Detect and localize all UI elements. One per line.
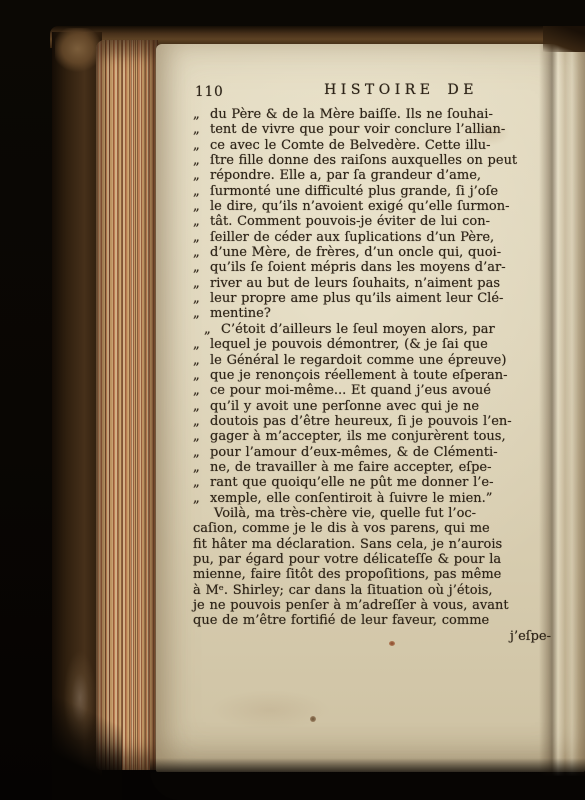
text-line: „xemple, elle conſentiroit à ſuivre le m… bbox=[193, 491, 557, 506]
quotation-mark: „ bbox=[193, 122, 210, 137]
text-line: „river au but de leurs ſouhaits, n’aimen… bbox=[193, 276, 557, 291]
quotation-mark: „ bbox=[204, 322, 221, 337]
line-text: ne, de travailler à me faire accepter, e… bbox=[210, 460, 491, 475]
line-text: ſurmonté une difficulté plus grande, ſi … bbox=[210, 184, 498, 199]
line-text: d’une Mère, de frères, d’un oncle qui, q… bbox=[210, 245, 501, 260]
line-text: tât. Comment pouvois-je éviter de lui co… bbox=[210, 214, 490, 229]
bottom-background-shadow bbox=[150, 758, 585, 800]
text-line: „ſeiller de céder aux ſuplications d’un … bbox=[193, 230, 557, 245]
text-line: „d’une Mère, de frères, d’un oncle qui, … bbox=[193, 245, 557, 260]
text-line: „que je renonçois réellement à toute eſp… bbox=[193, 368, 557, 383]
running-header: 110 HISTOIRE DE bbox=[193, 82, 557, 103]
paper-discoloration bbox=[210, 690, 330, 730]
line-text: ſeiller de céder aux ſuplications d’un P… bbox=[210, 230, 494, 245]
line-text: lequel je pouvois démontrer, (& je ſai q… bbox=[210, 337, 488, 352]
text-line: mienne, faire ſitôt des propoſitions, pa… bbox=[193, 567, 557, 582]
quotation-mark: „ bbox=[193, 260, 210, 275]
line-text: leur propre ame plus qu’ils aiment leur … bbox=[210, 291, 503, 306]
quotation-mark: „ bbox=[193, 460, 210, 475]
line-text: ce avec le Comte de Belvedère. Cette ill… bbox=[210, 138, 491, 153]
quotation-mark: „ bbox=[193, 230, 210, 245]
text-line: „ce pour moi-même... Et quand j’eus avou… bbox=[193, 383, 557, 398]
running-title: HISTOIRE DE bbox=[193, 82, 557, 98]
text-line: je ne pouvois penſer à m’adreſſer à vous… bbox=[193, 598, 557, 613]
line-text: le Général le regardoit comme une épreuv… bbox=[210, 353, 506, 368]
quotation-mark: „ bbox=[193, 245, 210, 260]
line-text: ſtre fille donne des raiſons auxquelles … bbox=[210, 153, 517, 168]
text-line: caſion, comme je le dis à vos parens, qu… bbox=[193, 521, 557, 536]
text-line: „rant que quoiqu’elle ne pût me donner l… bbox=[193, 475, 557, 490]
quotation-mark: „ bbox=[193, 353, 210, 368]
text-line: „gager à m’accepter, ils me conjurèrent … bbox=[193, 429, 557, 444]
text-line: „C’étoit d’ailleurs le ſeul moyen alors,… bbox=[193, 322, 557, 337]
quotation-mark: „ bbox=[193, 184, 210, 199]
quotation-mark: „ bbox=[193, 445, 210, 460]
quotation-mark: „ bbox=[193, 276, 210, 291]
text-line: „répondre. Elle a, par ſa grandeur d’ame… bbox=[193, 168, 557, 183]
text-line: Voilà, ma très-chère vie, quelle fut l’o… bbox=[193, 506, 557, 521]
text-line: „le dire, qu’ils n’avoient exigé qu’elle… bbox=[193, 199, 557, 214]
text-line: fit hâter ma déclaration. Sans cela, je … bbox=[193, 537, 557, 552]
line-text: que de m’être fortifié de leur faveur, c… bbox=[193, 613, 489, 628]
quotation-mark: „ bbox=[193, 368, 210, 383]
catchword: j’eſpe- bbox=[193, 629, 557, 644]
line-text: que je renonçois réellement à toute eſpe… bbox=[210, 368, 508, 383]
text-line: „lequel je pouvois démontrer, (& je ſai … bbox=[193, 337, 557, 352]
text-line: „le Général le regardoit comme une épreu… bbox=[193, 353, 557, 368]
text-line: „pour l’amour d’eux-mêmes, & de Clémenti… bbox=[193, 445, 557, 460]
line-text: Voilà, ma très-chère vie, quelle fut l’o… bbox=[214, 506, 476, 521]
line-text: je ne pouvois penſer à m’adreſſer à vous… bbox=[193, 598, 509, 613]
text-line: „qu’ils ſe ſoient mépris dans les moyens… bbox=[193, 260, 557, 275]
text-line: à Mᵉ. Shirley; car dans la ſituation où … bbox=[193, 583, 557, 598]
line-text: du Père & de la Mère baiſſe. Ils ne ſouh… bbox=[210, 107, 493, 122]
text-line: „mentine? bbox=[193, 306, 557, 321]
quotation-mark: „ bbox=[193, 399, 210, 414]
line-text: C’étoit d’ailleurs le ſeul moyen alors, … bbox=[221, 322, 495, 337]
line-text: qu’ils ſe ſoient mépris dans les moyens … bbox=[210, 260, 506, 275]
quotation-mark: „ bbox=[193, 153, 210, 168]
line-text: répondre. Elle a, par ſa grandeur d’ame, bbox=[210, 168, 481, 183]
line-text: à Mᵉ. Shirley; car dans la ſituation où … bbox=[193, 583, 493, 598]
quotation-mark: „ bbox=[193, 475, 210, 490]
line-text: mentine? bbox=[210, 306, 271, 321]
quotation-mark: „ bbox=[193, 306, 210, 321]
quotation-mark: „ bbox=[193, 168, 210, 183]
text-line: „du Père & de la Mère baiſſe. Ils ne ſou… bbox=[193, 107, 557, 122]
line-text: mienne, faire ſitôt des propoſitions, pa… bbox=[193, 567, 501, 582]
text-line: „doutois pas d’être heureux, ſi je pouvo… bbox=[193, 414, 557, 429]
text-line: „ſtre fille donne des raiſons auxquelles… bbox=[193, 153, 557, 168]
quotation-mark: „ bbox=[193, 414, 210, 429]
quotation-mark: „ bbox=[193, 199, 210, 214]
bottom-left-shadow bbox=[52, 680, 122, 800]
text-line: „qu’il y avoit une perſonne avec qui je … bbox=[193, 399, 557, 414]
quotation-mark: „ bbox=[193, 491, 210, 506]
line-text: rant que quoiqu’elle ne pût me donner l’… bbox=[210, 475, 493, 490]
line-text: fit hâter ma déclaration. Sans cela, je … bbox=[193, 537, 502, 552]
line-text: le dire, qu’ils n’avoient exigé qu’elle … bbox=[210, 199, 510, 214]
quotation-mark: „ bbox=[193, 337, 210, 352]
text-lines: „du Père & de la Mère baiſſe. Ils ne ſou… bbox=[193, 107, 557, 629]
line-text: ce pour moi-même... Et quand j’eus avoué bbox=[210, 383, 491, 398]
top-right-cover-shadow bbox=[543, 26, 585, 52]
printed-text-block: 110 HISTOIRE DE „du Père & de la Mère ba… bbox=[193, 82, 557, 644]
line-text: pour l’amour d’eux-mêmes, & de Clémenti- bbox=[210, 445, 498, 460]
scanned-book-photo: 110 HISTOIRE DE „du Père & de la Mère ba… bbox=[0, 0, 585, 800]
text-line: „ce avec le Comte de Belvedère. Cette il… bbox=[193, 138, 557, 153]
page-fore-edge-stack bbox=[96, 40, 158, 770]
text-line: „ne, de travailler à me faire accepter, … bbox=[193, 460, 557, 475]
quotation-mark: „ bbox=[193, 138, 210, 153]
line-text: pu, par égard pour votre délicateſſe & p… bbox=[193, 552, 501, 567]
line-text: river au but de leurs ſouhaits, n’aiment… bbox=[210, 276, 500, 291]
line-text: gager à m’accepter, ils me conjurèrent t… bbox=[210, 429, 506, 444]
text-line: „ſurmonté une difficulté plus grande, ſi… bbox=[193, 184, 557, 199]
line-text: tent de vivre que pour voir conclure l’a… bbox=[210, 122, 505, 137]
text-line: „leur propre ame plus qu’ils aiment leur… bbox=[193, 291, 557, 306]
line-text: caſion, comme je le dis à vos parens, qu… bbox=[193, 521, 490, 536]
line-text: qu’il y avoit une perſonne avec qui je n… bbox=[210, 399, 479, 414]
text-line: que de m’être fortifié de leur faveur, c… bbox=[193, 613, 557, 628]
quotation-mark: „ bbox=[193, 383, 210, 398]
text-line: pu, par égard pour votre délicateſſe & p… bbox=[193, 552, 557, 567]
text-line: „tent de vivre que pour voir conclure l’… bbox=[193, 122, 557, 137]
quotation-mark: „ bbox=[193, 214, 210, 229]
quotation-mark: „ bbox=[193, 291, 210, 306]
quotation-mark: „ bbox=[193, 107, 210, 122]
line-text: xemple, elle conſentiroit à ſuivre le mi… bbox=[210, 491, 492, 506]
quotation-mark: „ bbox=[193, 429, 210, 444]
text-line: „tât. Comment pouvois-je éviter de lui c… bbox=[193, 214, 557, 229]
line-text: doutois pas d’être heureux, ſi je pouvoi… bbox=[210, 414, 512, 429]
